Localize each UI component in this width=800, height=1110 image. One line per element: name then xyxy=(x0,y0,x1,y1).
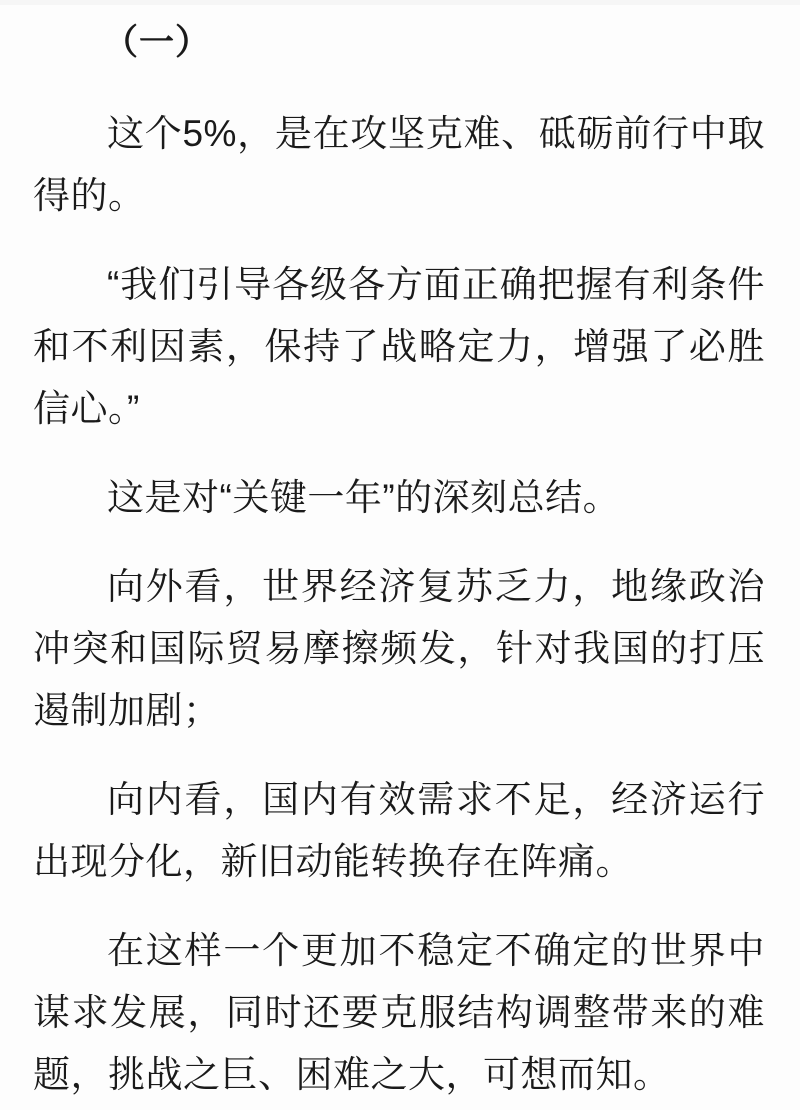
article-paragraph: 这是对“关键一年”的深刻总结。 xyxy=(33,467,765,529)
article-paragraph: “我们引导各级各方面正确把握有利条件和不利因素，保持了战略定力，增强了必胜信心。… xyxy=(33,254,765,440)
article-paragraph: 向外看，世界经济复苏乏力，地缘政治冲突和国际贸易摩擦频发，针对我国的打压遏制加剧… xyxy=(33,556,765,742)
article-page: （一） 这个5%，是在攻坚克难、砥砺前行中取得的。 “我们引导各级各方面正确把握… xyxy=(0,0,800,1110)
section-heading: （一） xyxy=(33,19,765,67)
article-paragraph: 向内看，国内有效需求不足，经济运行出现分化，新旧动能转换存在阵痛。 xyxy=(33,769,765,893)
article-paragraph: 在这样一个更加不稳定不确定的世界中谋求发展，同时还要克服结构调整带来的难题，挑战… xyxy=(33,920,765,1106)
article-body: （一） 这个5%，是在攻坚克难、砥砺前行中取得的。 “我们引导各级各方面正确把握… xyxy=(0,5,800,1106)
article-paragraph: 这个5%，是在攻坚克难、砥砺前行中取得的。 xyxy=(33,103,765,227)
